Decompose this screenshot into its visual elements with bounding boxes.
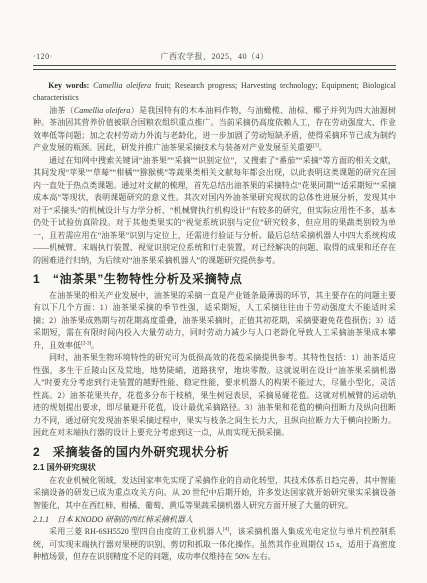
section-2-1-1-text-pre: 采用三菱 RH-6SH5520 型四自由度的工业机器人 bbox=[49, 527, 223, 536]
section-1-heading: 1 “油茶果”生物特性分析及采摘特点 bbox=[33, 272, 396, 286]
running-header: ·120· 广西农学报，2025，40（4） bbox=[33, 52, 396, 62]
section-1-paragraph-1: 在油茶果的相关产业发展中，油茶果的采摘一直是产业链条最薄弱的环节，其主要存在的问… bbox=[33, 290, 396, 353]
section-2-1-1-paragraph: 采用三菱 RH-6SH5520 型四自由度的工业机器人[4]，该采摘机器人集成光… bbox=[33, 526, 396, 564]
section-1-p1-period: 。 bbox=[91, 341, 99, 350]
header-double-rule bbox=[33, 65, 396, 70]
journal-citation: 广西农学报，2025，40（4） bbox=[33, 52, 396, 62]
intro-paragraph-1: 油茶（Camellia oleifera）是我国特有的木本油料作物，与油橄榄、油… bbox=[33, 105, 396, 155]
intro-p1-period: 。 bbox=[319, 143, 327, 152]
section-2-1-paragraph: 在农业机械化领域，发达国家率先实现了采摘作业的自动化转型，其技术体系日趋完善，其… bbox=[33, 475, 396, 513]
keywords-paragraph: Key words: Camellia oleifera fruit; Rese… bbox=[33, 80, 396, 105]
page-number: ·120· bbox=[33, 52, 53, 62]
keywords-label: Key words: bbox=[48, 81, 93, 90]
intro-species-name: Camellia oleifera bbox=[74, 106, 131, 115]
section-1-paragraph-2: 同时，油茶果生物环境特性的研究可为低损高效的花苞采摘提供参考。其特性包括：1）油… bbox=[33, 352, 396, 440]
intro-paragraph-2: 通过在知网中搜索关键词“油茶果”“采摘”“识别定位”，又搜索了“番茄”“采摘”等… bbox=[33, 155, 396, 268]
citation-2-3: [2-3] bbox=[81, 340, 91, 346]
page-body: Key words: Camellia oleifera fruit; Rese… bbox=[33, 80, 396, 564]
paper-page: ·120· 广西农学报，2025，40（4） Key words: Camell… bbox=[0, 0, 427, 583]
keywords-species-name: Camellia oleifera bbox=[93, 81, 151, 90]
intro-p1-text-pre: 油茶（ bbox=[49, 106, 74, 115]
section-2-heading: 2 采摘装备的国内外研究现状分析 bbox=[33, 445, 396, 459]
section-2-1-heading: 2.1 国外研究现状 bbox=[33, 462, 396, 475]
section-2-1-1-heading: 2.1.1 日本 KNODO 研制的西红柿采摘机器人 bbox=[33, 513, 396, 526]
